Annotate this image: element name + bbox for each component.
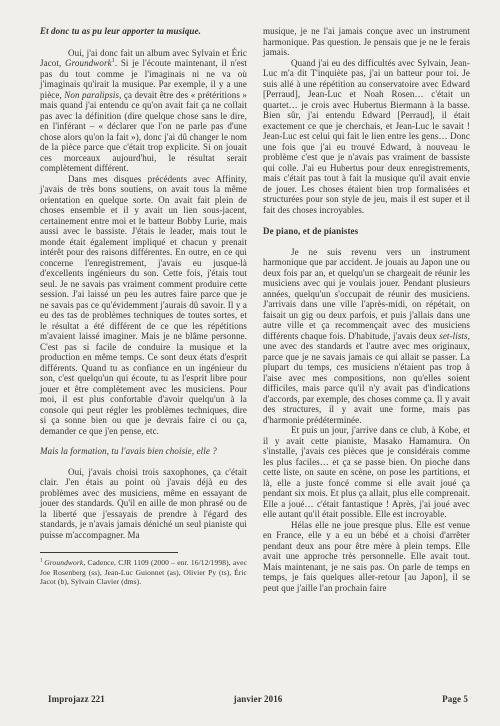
interview-question: Et donc tu as pu leur apporter ta musiqu…	[40, 26, 247, 37]
footnote-block: 1 Groundwork, Cadence, CJR 1109 (2000 – …	[40, 552, 247, 587]
right-column: musique, je ne l'ai jamais conçue avec u…	[263, 26, 470, 593]
two-column-layout: Et donc tu as pu leur apporter ta musiqu…	[0, 0, 500, 593]
journal-title: Improjazz 221	[48, 694, 105, 704]
footnote-text: 1 Groundwork, Cadence, CJR 1109 (2000 – …	[40, 558, 247, 587]
left-column: Et donc tu as pu leur apporter ta musiqu…	[40, 26, 247, 593]
paragraph: Oui, j'ai donc fait un album avec Sylvai…	[40, 48, 247, 174]
paragraph: Hélas elle ne joue presque plus. Elle es…	[263, 520, 470, 594]
scanned-magazine-page: Et donc tu as pu leur apporter ta musiqu…	[0, 0, 500, 726]
section-heading: De piano, et de pianistes	[263, 226, 470, 237]
paragraph: Et puis un jour, j'arrive dans ce club, …	[263, 425, 470, 520]
paragraph: Quand j'ai eu des difficultés avec Sylva…	[263, 58, 470, 216]
paragraph: Je ne suis revenu vers un instrument har…	[263, 247, 470, 426]
paragraph: Oui, j'avais choisi trois saxophones, ça…	[40, 467, 247, 541]
interview-question: Mais la formation, tu l'avais bien chois…	[40, 446, 247, 457]
page-footer: Improjazz 221 janvier 2016 Page 5	[48, 694, 468, 704]
footnote-rule	[40, 552, 178, 553]
paragraph: Dans mes disques précédents avec Affinit…	[40, 174, 247, 437]
paragraph-continuation: musique, je ne l'ai jamais conçue avec u…	[263, 26, 470, 58]
page-number: Page 5	[442, 694, 468, 704]
issue-date: janvier 2016	[234, 694, 283, 704]
